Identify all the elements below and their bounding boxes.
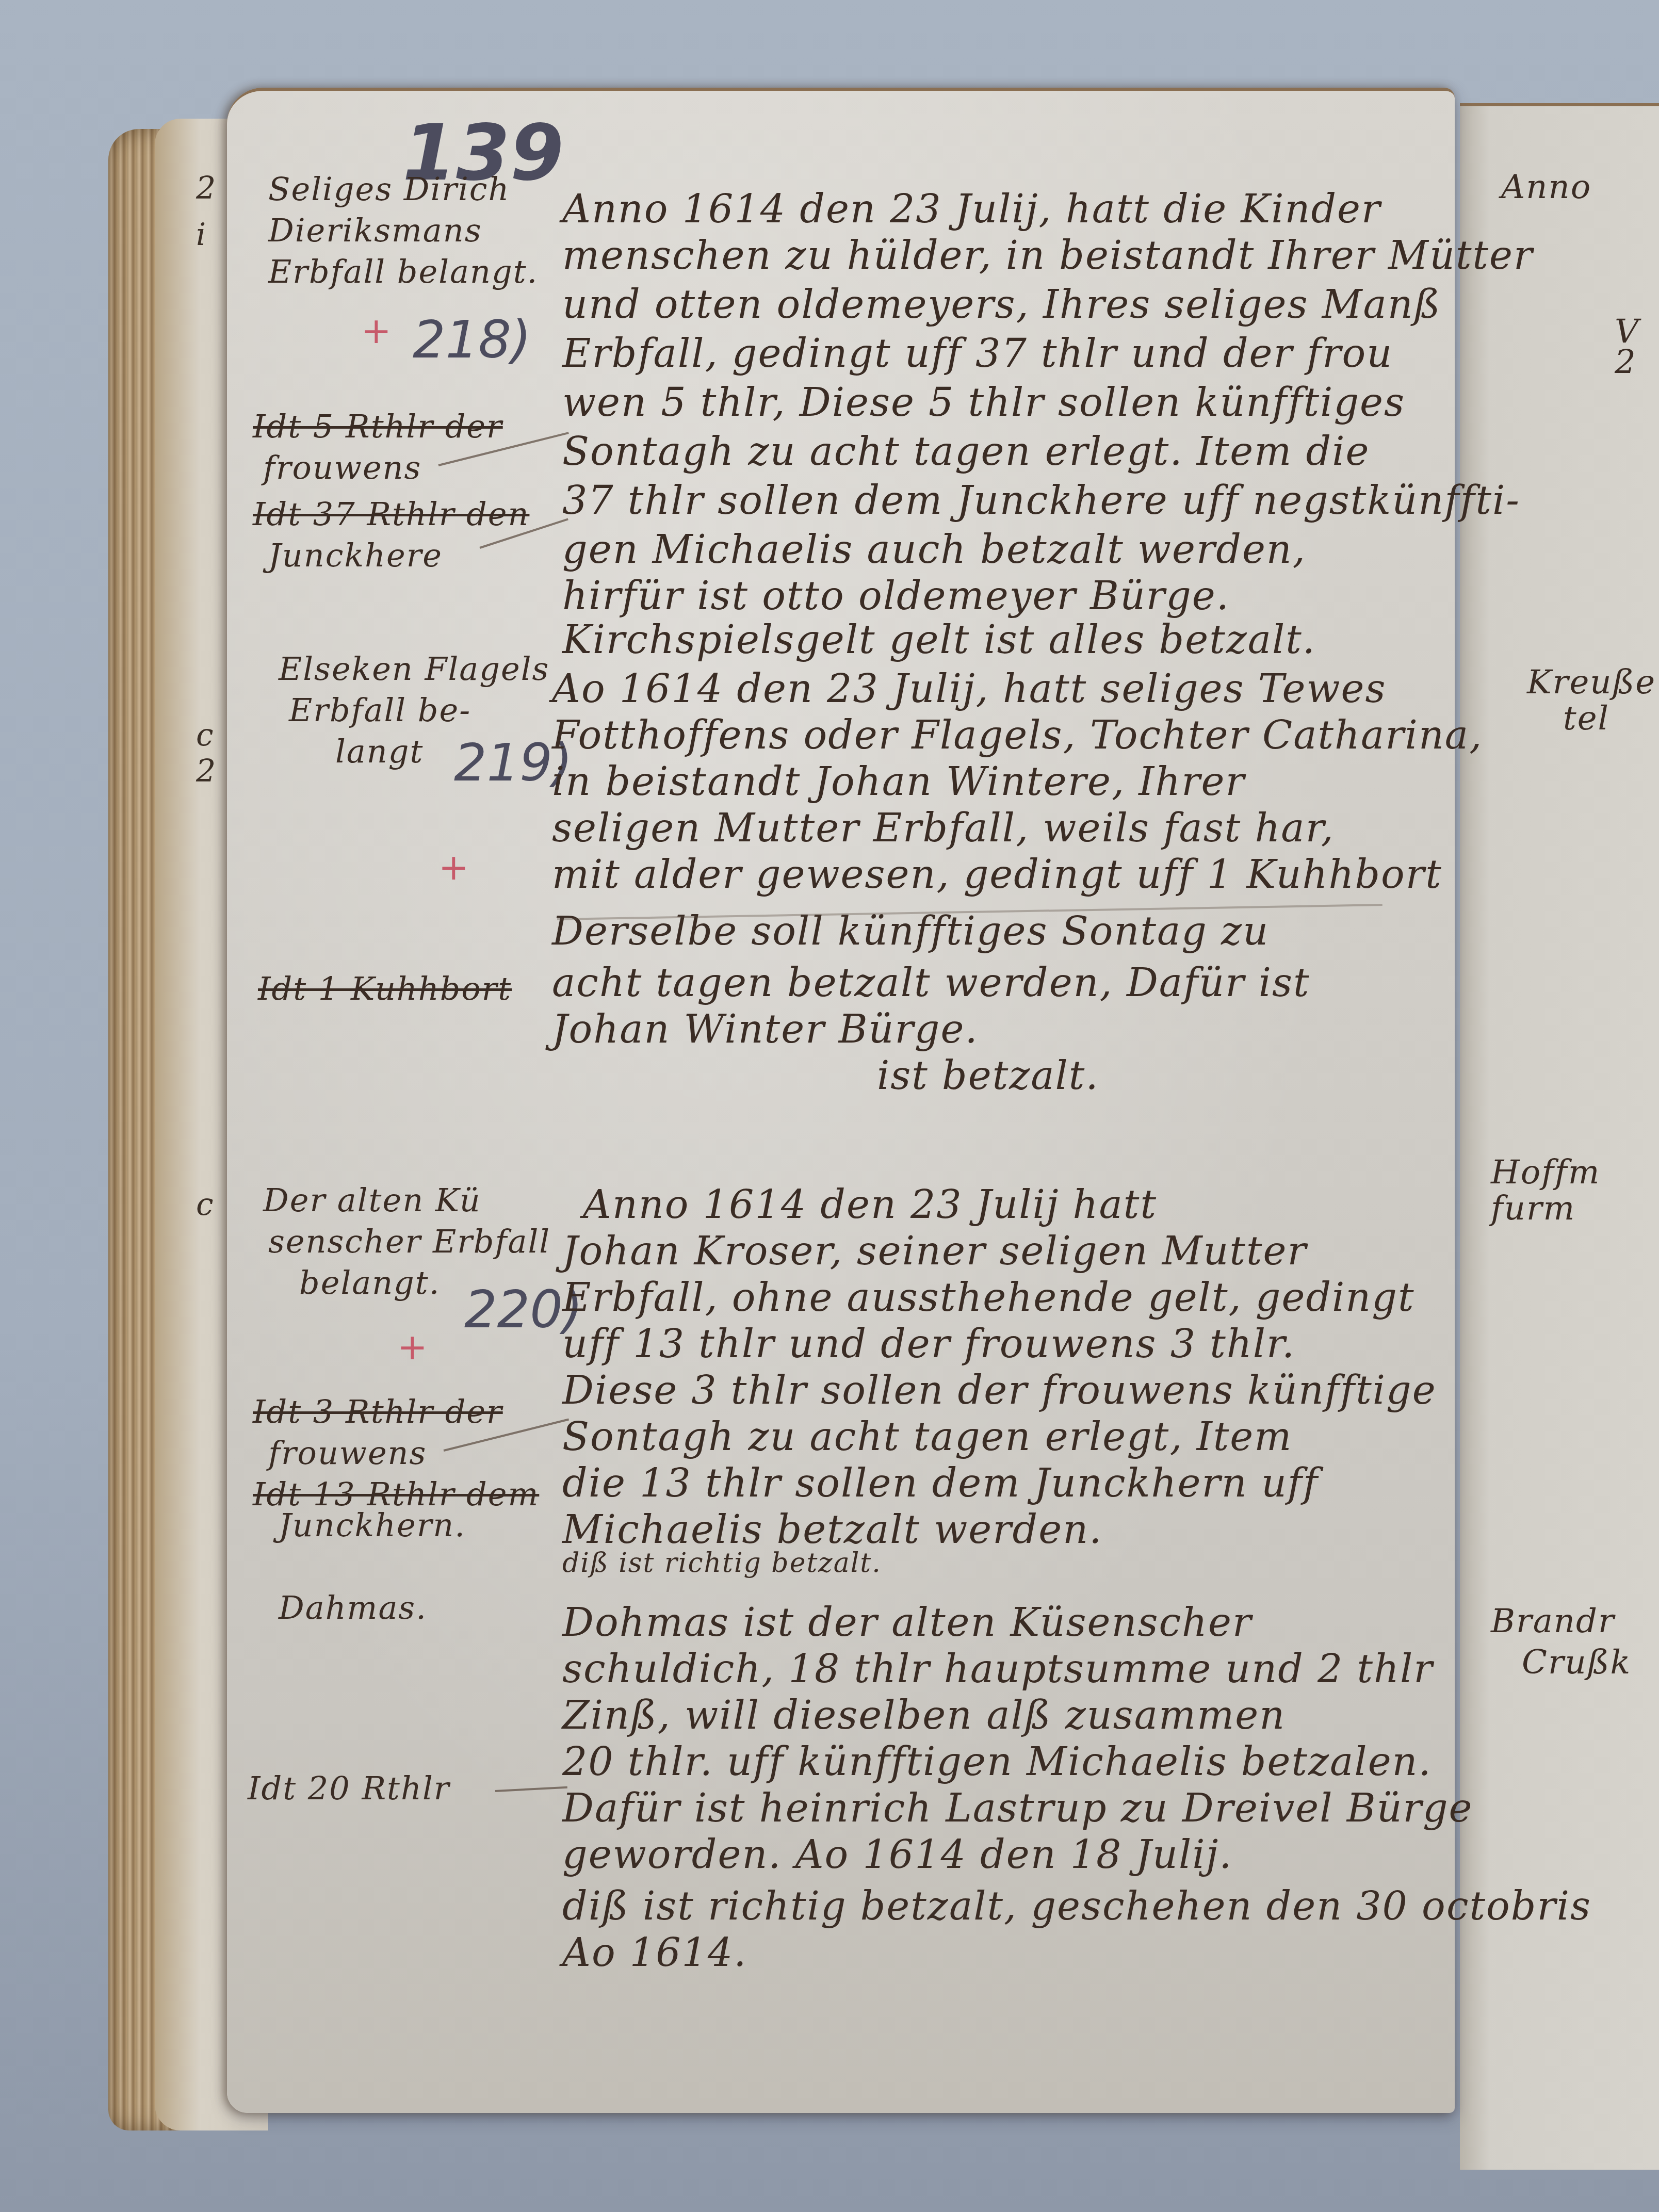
entry-body-line: wen 5 thlr, Diese 5 thlr sollen künfftig… bbox=[562, 379, 1405, 425]
entry-margin-title: Seliges Dirich bbox=[268, 170, 510, 208]
paid-note: ist betzalt. bbox=[877, 1052, 1099, 1098]
facing-page-fragment: Anno bbox=[1501, 168, 1591, 206]
entry-margin-note: frouwens bbox=[263, 449, 421, 486]
entry-body-line: in beistandt Johan Wintere, Ihrer bbox=[552, 758, 1245, 804]
entry-body-line: Zinß, will dieselben alß zusammen bbox=[562, 1692, 1286, 1738]
entry-body-line: Anno 1614 den 23 Julij, hatt die Kinder bbox=[562, 186, 1381, 232]
facing-page-fragment: Crußk bbox=[1522, 1644, 1631, 1682]
entry-body-line: 20 thlr. uff künfftigen Michaelis betzal… bbox=[562, 1738, 1432, 1784]
entry-body-line: menschen zu hülder, in beistandt Ihrer M… bbox=[562, 232, 1533, 278]
entry-body-line: hirfür ist otto oldemeyer Bürge. bbox=[562, 573, 1230, 619]
entry-margin-note: Junckhere bbox=[268, 536, 443, 574]
entry-body-line: Anno 1614 den 23 Julij hatt bbox=[583, 1181, 1157, 1227]
facing-page-fragment: tel bbox=[1563, 700, 1609, 738]
entry-margin-title: Erbfall belangt. bbox=[268, 253, 538, 290]
entry-body-line: Sontagh zu acht tagen erlegt. Item die bbox=[562, 428, 1370, 474]
entry-margin-title: Erbfall be- bbox=[289, 691, 471, 729]
entry-number: 218) bbox=[413, 310, 531, 370]
entry-margin-title: Der alten Kü bbox=[263, 1181, 481, 1219]
left-edge-mark: 2 bbox=[196, 753, 216, 789]
left-edge-mark: c bbox=[196, 717, 214, 753]
entry-margin-title: Elseken Flagels bbox=[279, 650, 549, 688]
entry-body-line: Erbfall, gedingt uff 37 thlr und der fro… bbox=[562, 330, 1393, 376]
entry-margin-title: Dieriksmans bbox=[268, 212, 482, 249]
facing-page: Anno V 2 Kreuße tel Hoffm furm Brandr Cr… bbox=[1460, 103, 1659, 2170]
entry-margin-note: frouwens bbox=[268, 1434, 427, 1472]
facing-page-fragment: Kreuße bbox=[1527, 663, 1656, 702]
entry-body-line: Diese 3 thlr sollen der frouwens künffti… bbox=[562, 1367, 1437, 1413]
entry-body-line: Johan Kroser, seiner seligen Mutter bbox=[562, 1228, 1307, 1274]
entry-body-line: acht tagen betzalt werden, Dafür ist bbox=[552, 959, 1310, 1005]
red-cross-mark: + bbox=[438, 846, 469, 888]
left-edge-mark: i bbox=[196, 217, 206, 253]
entry-margin-note: Junckhern. bbox=[279, 1506, 466, 1544]
entry-body-line: Sontagh zu acht tagen erlegt, Item bbox=[562, 1413, 1292, 1459]
entry-margin-title: langt bbox=[335, 733, 424, 770]
entry-body-line: Erbfall, ohne aussthehende gelt, gedingt bbox=[562, 1274, 1415, 1320]
entry-body-line: Kirchspielsgelt gelt ist alles betzalt. bbox=[562, 616, 1316, 662]
entry-margin-note: Idt 20 Rthlr bbox=[248, 1769, 450, 1807]
entry-body-line: die 13 thlr sollen dem Junckhern uff bbox=[562, 1460, 1319, 1506]
left-edge-mark: 2 bbox=[196, 170, 216, 206]
entry-body-line: Fotthoffens oder Flagels, Tochter Cathar… bbox=[552, 712, 1483, 758]
entry-margin-note: Idt 37 Rthlr den bbox=[253, 495, 529, 533]
entry-margin-note: Idt 5 Rthlr der bbox=[253, 408, 503, 445]
entry-body-line: uff 13 thlr und der frouwens 3 thlr. bbox=[562, 1321, 1295, 1367]
entry-body-line: Dohmas ist der alten Küsenscher bbox=[562, 1599, 1252, 1645]
entry-body-line: Derselbe soll künfftiges Sontag zu bbox=[552, 908, 1269, 954]
entry-margin-title: belangt. bbox=[299, 1264, 440, 1302]
entry-body-line: Michaelis betzalt werden. bbox=[562, 1506, 1102, 1552]
entry-margin-title: senscher Erbfall bbox=[268, 1223, 550, 1260]
facing-page-fragment: 2 bbox=[1615, 344, 1637, 382]
entry-body-line: seligen Mutter Erbfall, weils fast har, bbox=[552, 805, 1335, 851]
facing-page-fragment: furm bbox=[1491, 1190, 1575, 1228]
entry-body-line: schuldich, 18 thlr hauptsumme und 2 thlr bbox=[562, 1646, 1434, 1691]
facing-page-fragment: Hoffm bbox=[1491, 1153, 1600, 1192]
paid-note: diß ist richtig betzalt. bbox=[562, 1548, 882, 1579]
red-cross-mark: + bbox=[361, 310, 392, 352]
entry-margin-title: Dahmas. bbox=[279, 1589, 427, 1627]
entry-body-line: Ao 1614. bbox=[562, 1929, 747, 1975]
entry-body-line: 37 thlr sollen dem Junckhere uff negstkü… bbox=[562, 477, 1520, 523]
entry-body-line: gen Michaelis auch betzalt werden, bbox=[562, 526, 1306, 572]
entry-body-line: und otten oldemeyers, Ihres seliges Manß bbox=[562, 281, 1441, 327]
red-cross-mark: + bbox=[397, 1326, 428, 1368]
entry-body-line: Johan Winter Bürge. bbox=[552, 1006, 979, 1052]
entry-body-line: Dafür ist heinrich Lastrup zu Dreivel Bü… bbox=[562, 1785, 1473, 1831]
entry-margin-note: Idt 1 Kuhhbort bbox=[258, 970, 512, 1007]
entry-body-line: geworden. Ao 1614 den 18 Julij. bbox=[562, 1831, 1232, 1877]
left-edge-mark: c bbox=[196, 1186, 214, 1223]
entry-margin-note: Idt 3 Rthlr der bbox=[253, 1393, 503, 1430]
entry-body-line: diß ist richtig betzalt, geschehen den 3… bbox=[562, 1883, 1591, 1929]
entry-body-line: mit alder gewesen, gedingt uff 1 Kuhhbor… bbox=[552, 851, 1442, 897]
entry-body-line: Ao 1614 den 23 Julij, hatt seliges Tewes bbox=[552, 665, 1387, 711]
facing-page-fragment: Brandr bbox=[1491, 1602, 1615, 1640]
